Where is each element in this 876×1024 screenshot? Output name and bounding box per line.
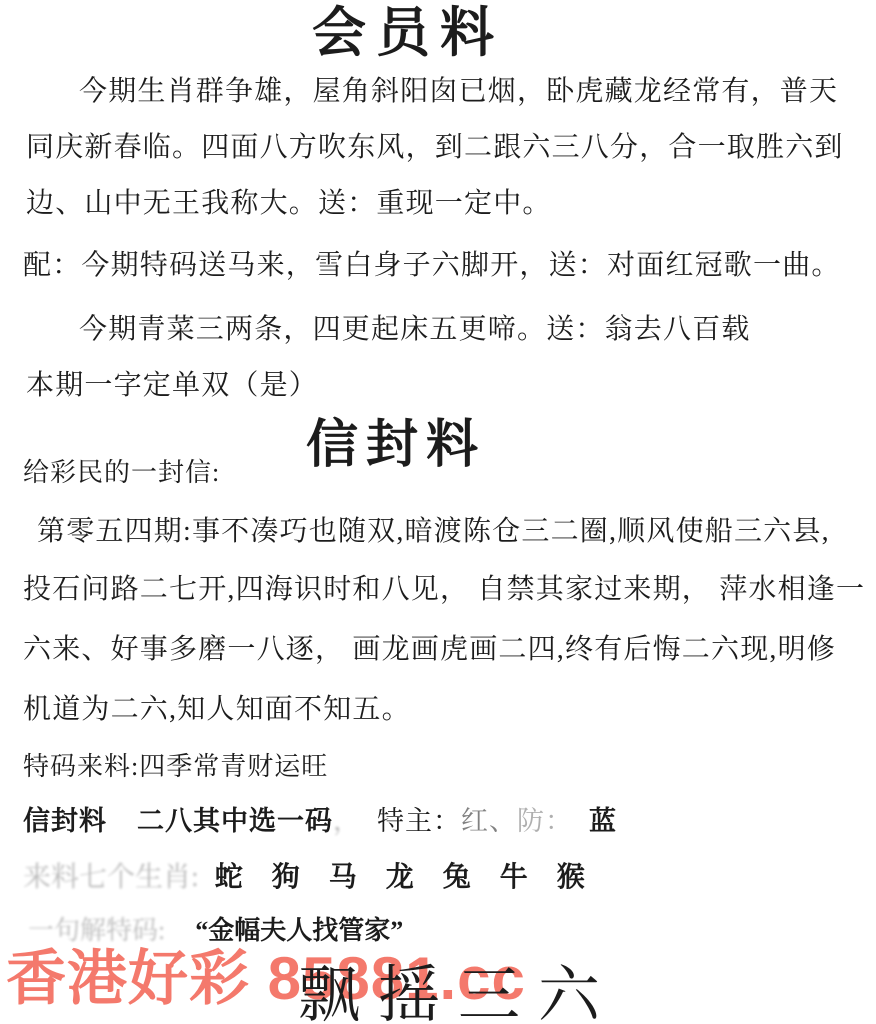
pick-line-faded-fang: 防： xyxy=(517,806,573,836)
member-danshuang-line: 本期一字定单双（是） xyxy=(26,370,318,402)
tema-laoliao-line: 特码来料:四季常青财运旺 xyxy=(23,752,328,782)
member-qingcai-line: 今期青菜三两条，四更起床五更啼。送：翁去八百载 xyxy=(79,314,751,346)
envelope-paragraph-line-3: 六来、好事多磨一八逐， 画龙画虎画二四,终有后悔二六现,明修 xyxy=(23,634,836,666)
pick-line-pick: 二八其中选一码 xyxy=(137,806,333,836)
pick-line-faded-red: 红、 xyxy=(461,806,517,836)
envelope-paragraph-line-4: 机道为二六,知人知面不知五。 xyxy=(23,694,411,726)
quote-text: “金幅夫人找管家” xyxy=(195,916,403,945)
cropped-bottom-title: 飘摇三六 xyxy=(298,962,618,1024)
envelope-section-title: 信封料 xyxy=(306,420,486,472)
member-paragraph-line-3: 边、山中无王我称大。送：重现一定中。 xyxy=(26,188,552,220)
member-paragraph-line-2: 同庆新春临。四面八方吹东风，到二跟六三八分，合一取胜六到 xyxy=(26,132,844,164)
solution-quote-line: 一句解特码:“金幅夫人找管家” xyxy=(28,916,403,946)
member-section-title: 会员料 xyxy=(312,6,504,60)
zodiac-animals-line: 来料七个生肖:蛇 狗 马 龙 兔 牛 猴 xyxy=(23,862,587,894)
zodiac-animals-list: 蛇 狗 马 龙 兔 牛 猴 xyxy=(215,862,587,893)
envelope-paragraph-line-1: 第零五四期:事不凑巧也随双,暗渡陈仓三二圈,顺风使船三六县, xyxy=(37,516,830,548)
illegible-faded-prefix: 一句解特码: xyxy=(28,916,165,945)
scanned-lottery-sheet: 会员料 今期生肖群争雄，屋角斜阳囱已烟，卧虎藏龙经常有，普天 同庆新春临。四面八… xyxy=(0,0,876,1024)
pick-line-faded-comma: ， xyxy=(333,806,361,836)
letter-to-players-label: 给彩民的一封信: xyxy=(23,458,220,488)
member-paragraph-line-1: 今期生肖群争雄，屋角斜阳囱已烟，卧虎藏龙经常有，普天 xyxy=(79,76,838,108)
member-pei-line: 配：今期特码送马来，雪白身子六脚开，送：对面红冠歌一曲。 xyxy=(23,250,841,282)
envelope-paragraph-line-2: 投石问路二七开,四海识时和八见， 自禁其家过来期， 萍水相逢一 xyxy=(23,574,865,606)
pick-line-label: 信封料 xyxy=(23,806,107,836)
illegible-faded-prefix: 来料七个生肖: xyxy=(23,862,199,893)
pick-line-te-zhu: 特主： xyxy=(377,806,461,836)
envelope-pick-line: 信封料二八其中选一码，特主：红、防：蓝 xyxy=(23,806,617,837)
pick-line-blue: 蓝 xyxy=(589,806,617,836)
